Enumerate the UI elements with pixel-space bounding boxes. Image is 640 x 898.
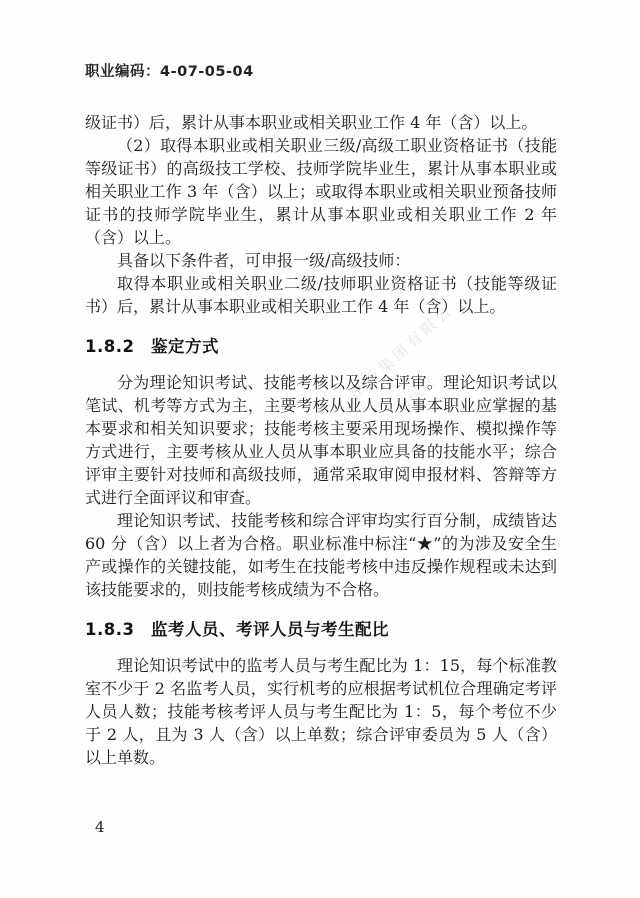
paragraph: 具备以下条件者，可申报一级/高级技师： bbox=[85, 249, 557, 272]
section-title: 鉴定方式 bbox=[151, 337, 219, 356]
section-number: 1.8.2 bbox=[85, 337, 134, 356]
section-number: 1.8.3 bbox=[85, 620, 134, 639]
paragraph: 理论知识考试中的监考人员与考生配比为 1：15，每个标准教室不少于 2 名监考人… bbox=[85, 654, 557, 769]
paragraph-continuation: 级证书）后，累计从事本职业或相关职业工作 4 年（含）以上。 bbox=[85, 111, 557, 134]
page-number: 4 bbox=[95, 818, 105, 836]
paragraph: 理论知识考试、技能考核和综合评审均实行百分制，成绩皆达 60 分（含）以上者为合… bbox=[85, 509, 557, 601]
section-heading-1-8-3: 1.8.3监考人员、考评人员与考生配比 bbox=[85, 618, 557, 641]
paragraph: 取得本职业或相关职业二级/技师职业资格证书（技能等级证书）后，累计从事本职业或相… bbox=[85, 272, 557, 318]
paragraph: （2）取得本职业或相关职业三级/高级工职业资格证书（技能等级证书）的高级技工学校… bbox=[85, 134, 557, 249]
section-title: 监考人员、考评人员与考生配比 bbox=[151, 620, 389, 639]
paragraph: 分为理论知识考试、技能考核以及综合评审。理论知识考试以笔试、机考等方式为主，主要… bbox=[85, 371, 557, 509]
occupation-code-header: 职业编码：4-07-05-04 bbox=[85, 60, 254, 81]
section-heading-1-8-2: 1.8.2鉴定方式 bbox=[85, 335, 557, 358]
document-page: 职业编码：4-07-05-04 出版集团有限公 出版社 级证书）后，累计从事本职… bbox=[0, 0, 640, 898]
document-body: 级证书）后，累计从事本职业或相关职业工作 4 年（含）以上。 （2）取得本职业或… bbox=[85, 111, 557, 769]
